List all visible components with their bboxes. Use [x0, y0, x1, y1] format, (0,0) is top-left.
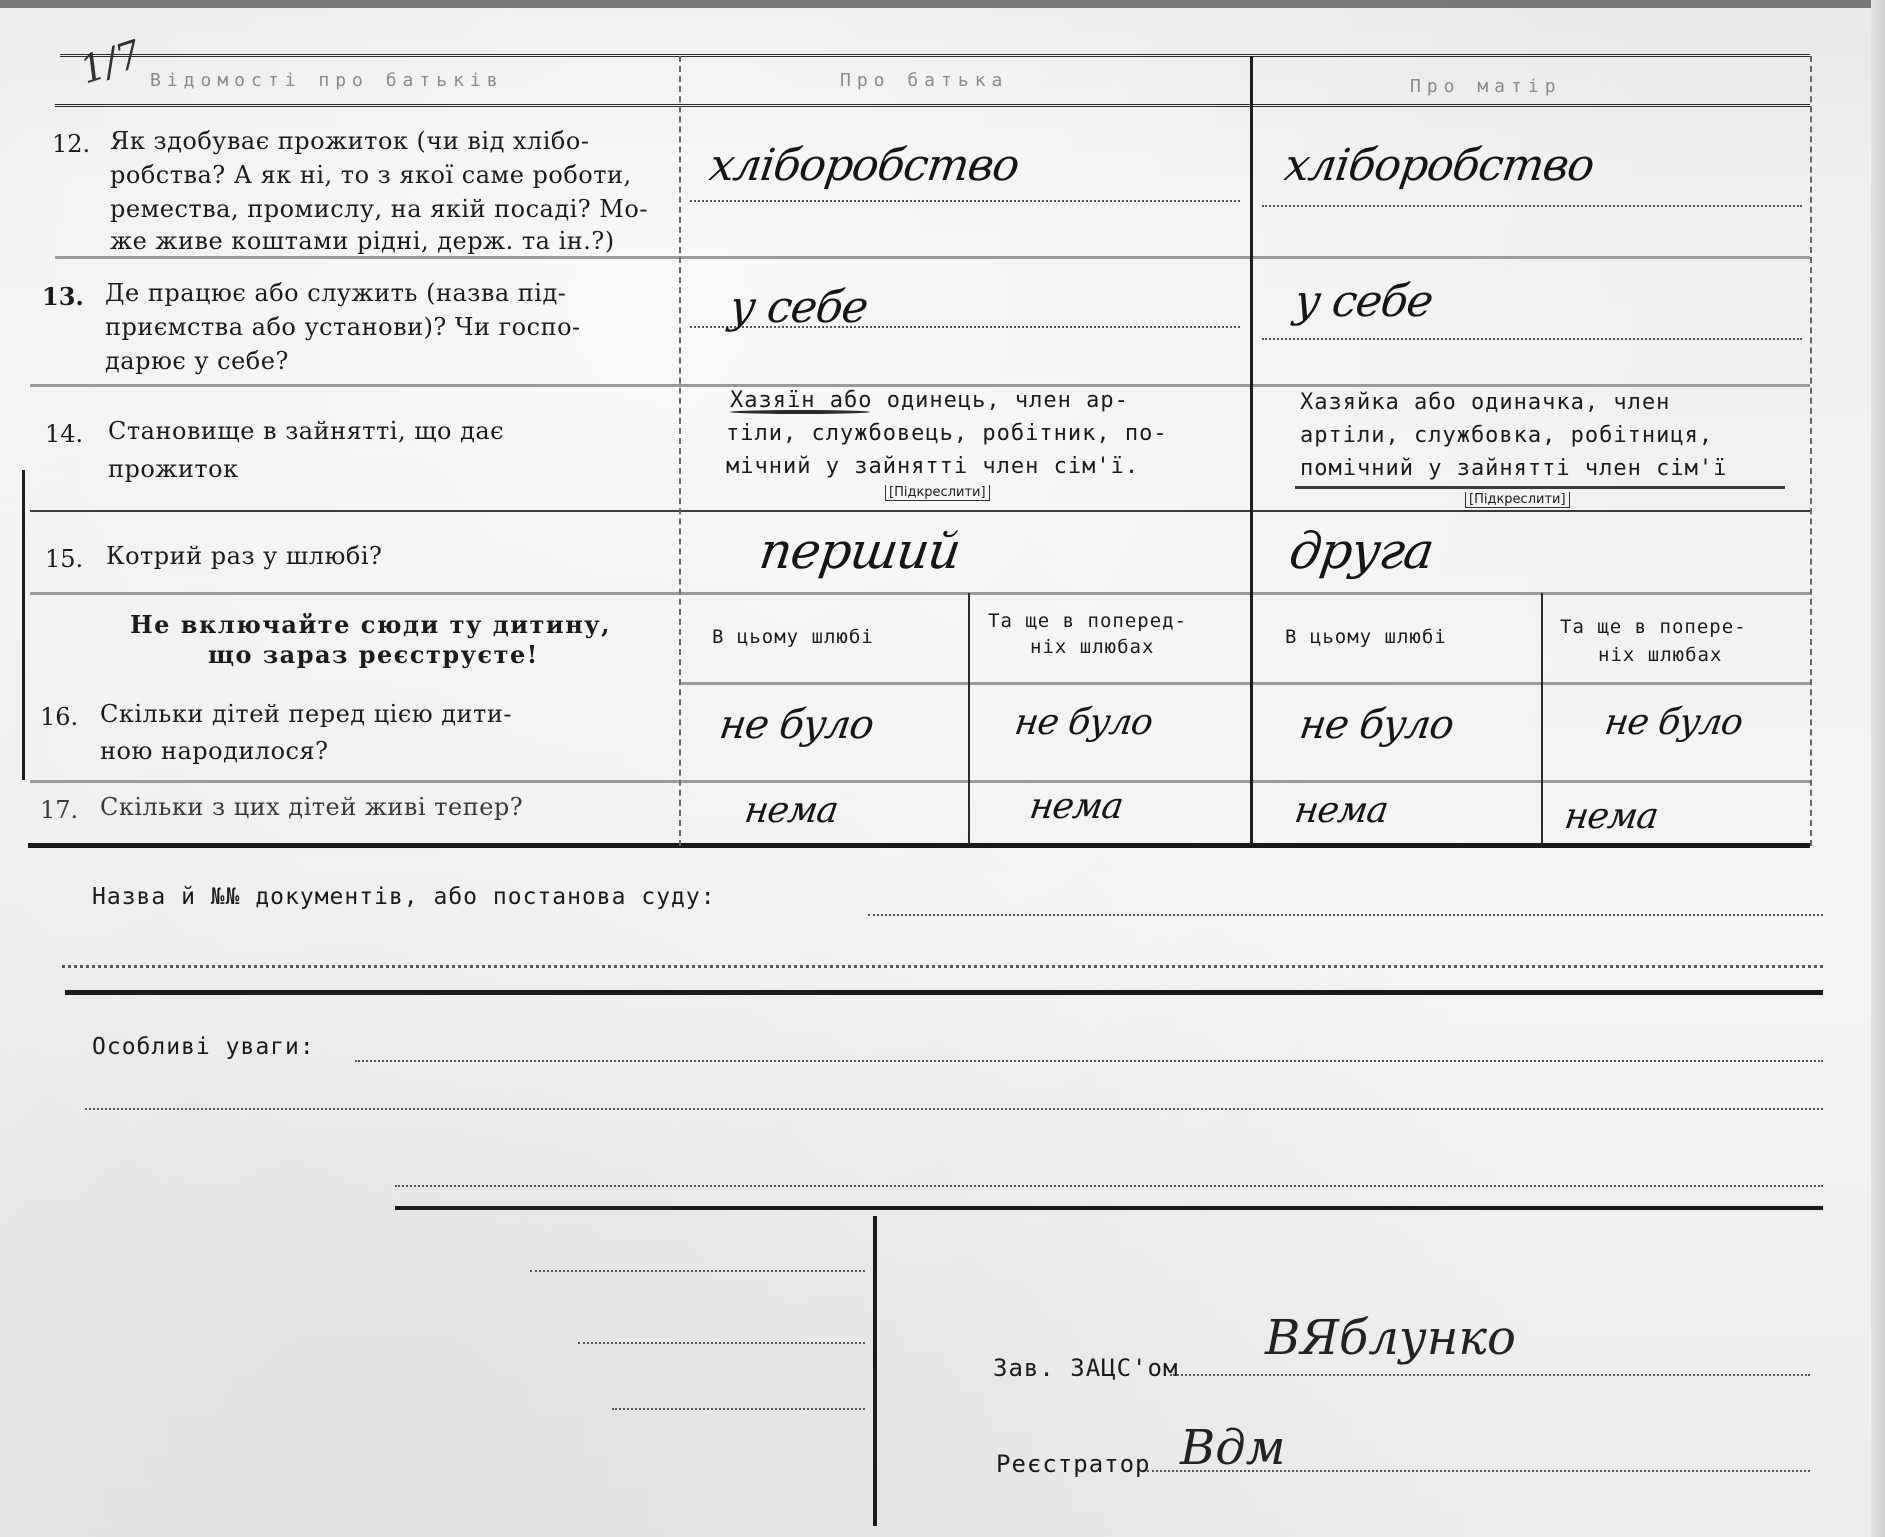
- mother-options-line-3: помічний у зайнятті член сім'ї: [1300, 452, 1727, 485]
- question-number: 17.: [40, 796, 78, 824]
- head-signature-line[interactable]: [1170, 1374, 1810, 1376]
- mother-answer-13: у себе: [1291, 276, 1435, 327]
- header-father: Про батька: [840, 70, 1008, 91]
- father-options-line-2: тіли, службовець, робітник, по-: [726, 417, 1168, 450]
- question-number: 16.: [40, 703, 78, 731]
- mother-underline-instruction: [Підкреслити]: [1465, 492, 1570, 508]
- head-signature: ВЯблунко: [1265, 1310, 1516, 1366]
- subheader-mother-previous-2: ніх шлюбах: [1598, 642, 1722, 668]
- father-underline-instruction: [Підкреслити]: [885, 485, 990, 501]
- remarks-field-line-2[interactable]: [85, 1108, 1823, 1110]
- question-13-line-3: дарює у себе?: [105, 344, 289, 378]
- question-12-line-1: Як здобуває прожиток (чи від хлібо-: [110, 124, 589, 158]
- documents-field[interactable]: [868, 914, 1823, 916]
- section-divider-lower: [395, 1206, 1823, 1210]
- subheader-father-this-marriage: В цьому шлюбі: [712, 624, 874, 650]
- mother-subcolumn-divider: [1541, 593, 1543, 845]
- question-number: 15.: [45, 545, 83, 573]
- column-divider-mother: [1250, 56, 1253, 846]
- father-answer-13: у себе: [726, 282, 870, 333]
- row-14-bottom: [30, 510, 1810, 512]
- scan-top-edge: [0, 0, 1885, 8]
- subheader-mother-previous-1: Та ще в попере-: [1560, 614, 1747, 640]
- table-right-border: [1810, 56, 1812, 846]
- section-divider: [65, 990, 1823, 995]
- row-15-bottom: [30, 592, 1810, 595]
- mother-options-line-1: Хазяйка або одиначка, член: [1300, 386, 1670, 419]
- header-bottom-border: [55, 104, 1810, 110]
- question-13-line-1: Де працює або служить (назва під-: [105, 276, 566, 310]
- children-note-line-2: що зараз реєструєте!: [208, 638, 539, 672]
- children-note-line-1: Не включайте сюди ту дитину,: [130, 608, 611, 642]
- question-13-line-2: приємства або установи)? Чи госпо-: [105, 310, 581, 344]
- question-number: 12.: [52, 130, 90, 158]
- question-17: Скільки з цих дітей живі тепер?: [100, 790, 523, 824]
- head-of-registry-label: Зав. ЗАЦС'ом: [993, 1354, 1178, 1382]
- mother-answer-12: хліборобство: [1281, 140, 1596, 191]
- stub-line: [530, 1270, 865, 1272]
- mother-options-line-2: артіли, службовка, робітниця,: [1300, 419, 1713, 452]
- question-12-line-2: робства? А як ні, то з якої саме роботи,: [110, 158, 632, 192]
- stub-divider: [873, 1216, 877, 1526]
- stub-line: [578, 1342, 865, 1344]
- father-subcolumn-divider: [968, 593, 970, 845]
- registrar-label: Реєстратор: [996, 1450, 1151, 1478]
- father-children-this-marriage: не було: [717, 702, 876, 748]
- father-options-line-3: мічний у зайнятті член сім'ї.: [726, 450, 1139, 483]
- mother-children-previous: не було: [1602, 702, 1745, 743]
- header-questions: Відомості про батьків: [150, 70, 504, 91]
- mother-answer-15: друга: [1286, 522, 1437, 580]
- father-children-previous: не було: [1012, 702, 1155, 743]
- subheader-mother-this-marriage: В цьому шлюбі: [1285, 624, 1447, 650]
- subheader-bottom: [679, 682, 1810, 685]
- question-number: 13.: [42, 282, 84, 311]
- registrar-signature: Вдм: [1180, 1420, 1286, 1476]
- remarks-field-line-3[interactable]: [395, 1185, 1823, 1187]
- question-16-line-1: Скільки дітей перед цією дити-: [100, 697, 512, 731]
- table-top-border: [60, 54, 1810, 60]
- underline-mark-father: [730, 410, 870, 414]
- father-answer-15: перший: [756, 522, 964, 580]
- answer-line: [1262, 338, 1802, 340]
- subheader-father-previous-2: ніх шлюбах: [1030, 634, 1154, 660]
- father-living-this-marriage: нема: [742, 790, 840, 831]
- question-number: 14.: [45, 420, 83, 448]
- answer-line: [690, 200, 1240, 202]
- question-14-line-1: Становище в зайнятті, що дає: [108, 414, 504, 448]
- table-left-border: [22, 470, 25, 780]
- question-16-line-2: ною народилося?: [100, 734, 329, 768]
- mother-children-this-marriage: не було: [1297, 702, 1456, 748]
- question-12-line-4: же живе коштами рідні, держ. та ін.?): [110, 224, 615, 258]
- mother-living-previous: нема: [1562, 796, 1660, 837]
- header-mother: Про матір: [1410, 76, 1562, 97]
- father-answer-12: хліборобство: [706, 140, 1021, 191]
- underline-mark-mother: [1295, 486, 1785, 489]
- column-divider-father: [679, 56, 681, 846]
- question-14-line-2: прожиток: [108, 452, 239, 486]
- documents-field-line-2[interactable]: [62, 965, 1823, 968]
- remarks-field[interactable]: [355, 1060, 1823, 1062]
- mother-living-this-marriage: нема: [1292, 790, 1390, 831]
- scan-right-edge: [1871, 0, 1885, 1537]
- question-12-line-3: ремества, промислу, на якій посаді? Мо-: [110, 192, 648, 226]
- answer-line: [1262, 205, 1802, 207]
- stub-line: [612, 1408, 865, 1410]
- row-16-bottom: [30, 780, 1810, 783]
- remarks-label: Особливі уваги:: [92, 1034, 315, 1060]
- question-15: Котрий раз у шлюбі?: [106, 539, 382, 573]
- documents-label: Назва й №№ документів, або постанова суд…: [92, 884, 716, 910]
- father-living-previous: нема: [1027, 786, 1125, 827]
- subheader-father-previous-1: Та ще в поперед-: [988, 608, 1187, 634]
